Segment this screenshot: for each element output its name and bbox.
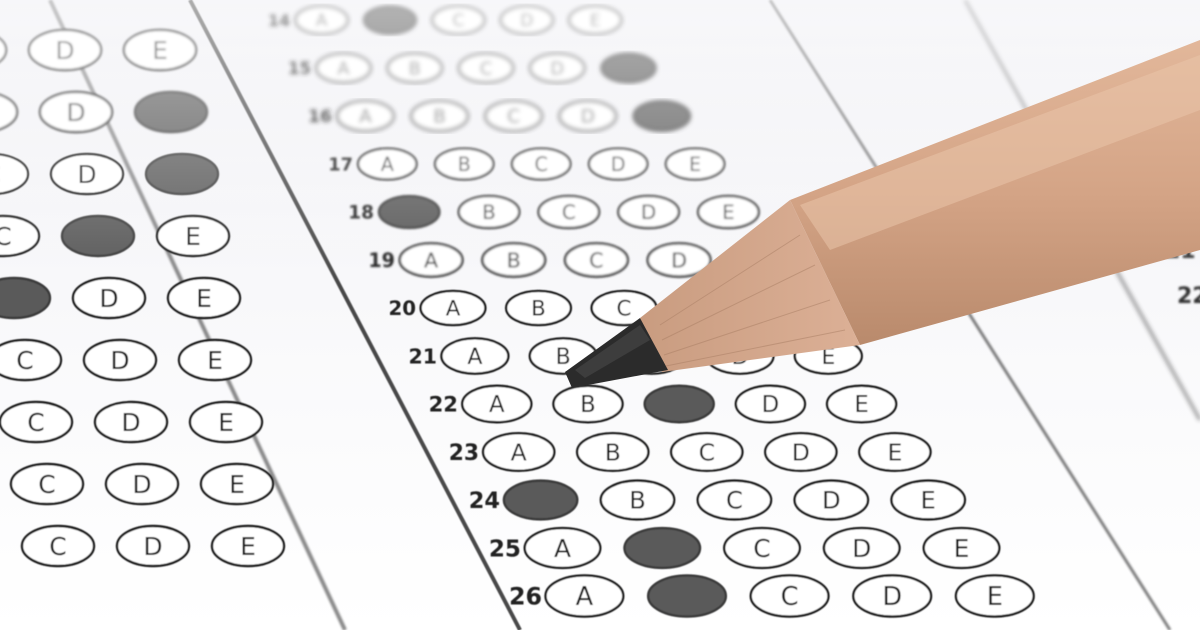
answer-sheet-photo: CDECDCDCEDECDECDECDECDE 14ACDE15ABCD16AB… bbox=[0, 0, 1200, 630]
answer-sheet-illustration: CDECDCDCEDECDECDECDECDE 14ACDE15ABCD16AB… bbox=[0, 0, 1200, 630]
